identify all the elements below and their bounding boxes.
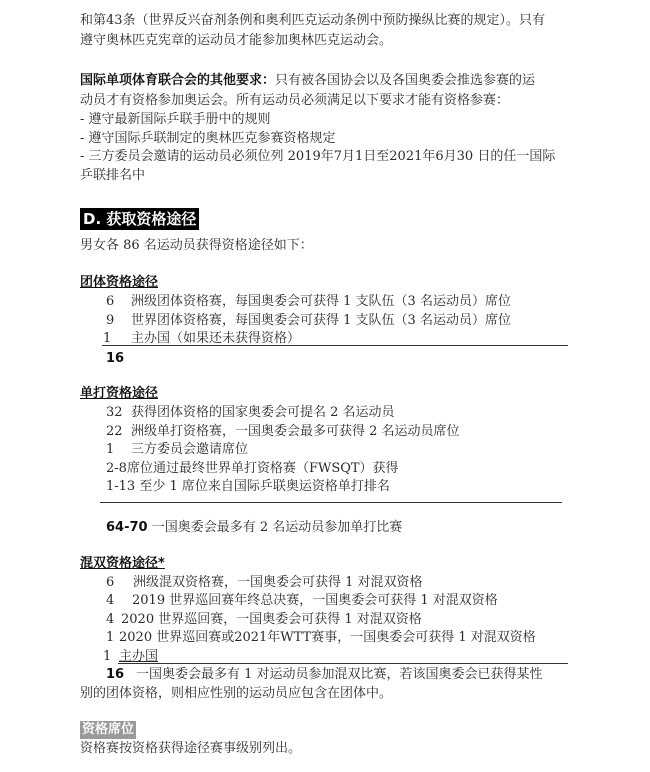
requirement-bullet: - 遵守最新国际乒联手册中的规则	[80, 111, 271, 129]
team-total-rule	[102, 345, 568, 346]
intro-line-1: 和第43条（世界反兴奋剂条例和奥利匹克运动条例中预防操纵比赛的规定）。只有	[80, 12, 545, 30]
mixed-total-continued: 别的团体资格，则相应性别的运动员应包含在团体中。	[80, 685, 392, 703]
singles-row: 32获得团体资格的国家奥委会可提名 2 名运动员	[106, 404, 395, 422]
team-pathway-title: 团体资格途径	[80, 274, 158, 292]
singles-total: 64-70 一国奥委会最多有 2 名运动员参加单打比赛	[106, 519, 402, 537]
singles-row: 2-8席位通过最终世界单打资格赛（FWSQT）获得	[106, 460, 399, 478]
singles-row: 1-13 至少 1 席位来自国际乒联奥运资格单打排名	[106, 478, 390, 496]
section-d-heading: D. 获取资格途径	[80, 208, 199, 230]
team-row: 9世界团体资格赛，每国奥委会可获得 1 支队伍（3 名运动员）席位	[106, 312, 511, 330]
requirement-bullet: - 遵守国际乒联制定的奥林匹克参赛资格规定	[80, 130, 336, 148]
quota-places-heading: 资格席位	[80, 721, 136, 739]
requirement-bullet: - 三方委员会邀请的运动员必须位列 2019年7月1日至2021年6月30 日的…	[80, 148, 555, 166]
mixed-total: 16一国奥委会最多有 1 对运动员参加混双比赛，若该国奥委会已获得某性	[106, 666, 543, 684]
mixed-row: 6洲级混双资格赛，一国奥委会可获得 1 对混双资格	[106, 574, 423, 592]
singles-row: 22洲级单打资格赛，一国奥委会最多可获得 2 名运动员席位	[106, 423, 460, 441]
singles-pathway-title: 单打资格途径	[80, 385, 158, 403]
section-d-intro: 男女各 86 名运动员获得资格途径如下：	[80, 237, 313, 255]
requirement-bullet-continued: 乒联排名中	[80, 167, 145, 185]
ittf-requirements-label: 国际单项体育联合会的其他要求：	[80, 73, 275, 88]
mixed-row: 42020 世界巡回赛，一国奥委会可获得 1 对混双资格	[106, 611, 422, 629]
quota-places-text: 资格赛按资格获得途径赛事级别列出。	[80, 740, 301, 758]
intro-line-2: 遵守奥林匹克宪章的运动员才能参加奥林匹克运动会。	[80, 32, 392, 50]
mixed-total-rule	[118, 663, 568, 664]
singles-row: 1三方委员会邀请席位	[106, 441, 248, 459]
singles-total-rule	[100, 502, 562, 503]
mixed-row: 42019 世界巡回赛年终总决赛，一国奥委会可获得 1 对混双资格	[106, 592, 498, 610]
ittf-requirements-line-2: 动员才有资格参加奥运会。所有运动员必须满足以下要求才能有资格参赛：	[80, 92, 509, 110]
mixed-row: 12020 世界巡回赛或2021年WTT赛事，一国奥委会可获得 1 对混双资格	[106, 629, 536, 647]
ittf-requirements-line-1: 国际单项体育联合会的其他要求：只有被各国协会以及各国奥委会推选参赛的运	[80, 72, 535, 90]
team-row: 6洲级团体资格赛，每国奥委会可获得 1 支队伍（3 名运动员）席位	[106, 293, 511, 311]
team-total: 16	[106, 350, 124, 368]
mixed-pathway-title: 混双资格途径*	[80, 555, 165, 573]
